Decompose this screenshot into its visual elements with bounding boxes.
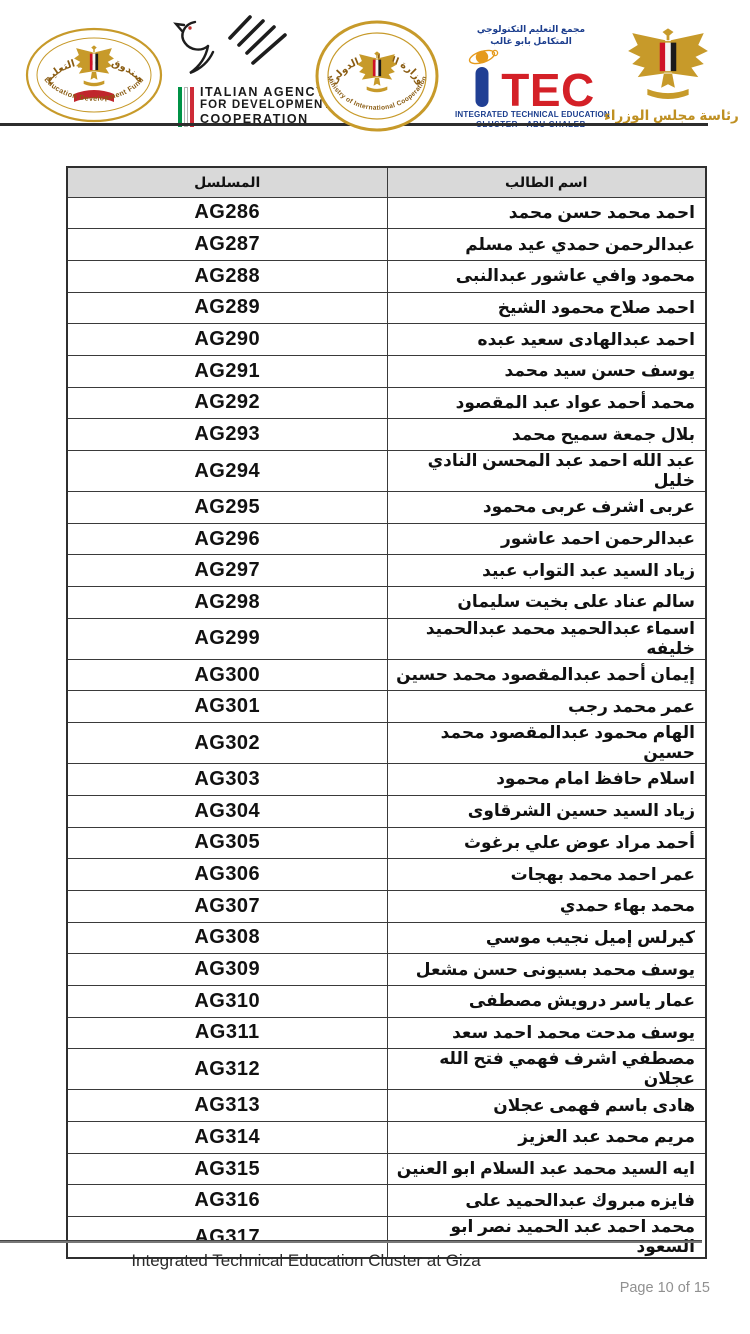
student-name-cell: محمد أحمد عواد عبد المقصود [387,387,706,419]
table-row: AG304 زياد السيد حسين الشرقاوى [67,795,706,827]
serial-cell: AG294 [67,451,387,492]
itec-arabic-line2: المتكامل بابو غالب [455,36,607,48]
table-row: AG297 زياد السيد عبد التواب عبيد [67,555,706,587]
student-name-cell: محمود وافي عاشور عبدالنبى [387,260,706,292]
student-name-cell: عربى اشرف عربى محمود [387,492,706,524]
table-row: AG294 عبد الله احمد عبد المحسن النادي خل… [67,451,706,492]
table-row: AG307 محمد بهاء حمدي [67,890,706,922]
serial-cell: AG300 [67,659,387,691]
itec-tec-letters: TEC [501,72,595,109]
student-name-cell: احمد صلاح محمود الشيخ [387,292,706,324]
table-row: AG296 عبدالرحمن احمد عاشور [67,523,706,555]
student-name-cell: سالم عناد على بخيت سليمان [387,587,706,619]
student-name-cell: مصطفي اشرف فهمي فتح الله عجلان [387,1049,706,1090]
italy-tricolor-icon [178,85,194,127]
student-name-cell: عمار ياسر درويش مصطفى [387,985,706,1017]
student-name-cell: يوسف مدحت محمد احمد سعد [387,1017,706,1049]
table-row: AG306 عمر احمد محمد بهجات [67,859,706,891]
table-row: AG310 عمار ياسر درويش مصطفى [67,985,706,1017]
student-name-cell: اسلام حافظ امام محمود [387,764,706,796]
serial-cell: AG289 [67,292,387,324]
footer-title: Integrated Technical Education Cluster a… [0,1251,612,1271]
student-name-cell: إيمان أحمد عبدالمقصود محمد حسين [387,659,706,691]
student-name-cell: الهام محمود عبدالمقصود محمد حسين [387,723,706,764]
itec-arabic-line1: مجمع التعليم التكنولوجي [455,24,607,36]
table-row: AG292 محمد أحمد عواد عبد المقصود [67,387,706,419]
serial-cell: AG302 [67,723,387,764]
aics-line1: ITALIAN AGENCY [200,85,332,99]
table-row: AG287 عبدالرحمن حمدي عيد مسلم [67,229,706,261]
serial-cell: AG288 [67,260,387,292]
serial-cell: AG292 [67,387,387,419]
table-row: AG315 ايه السيد محمد عبد السلام ابو العن… [67,1153,706,1185]
table-row: AG299 اسماء عبدالحميد محمد عبدالحميد خلي… [67,618,706,659]
cabinet-caption: رئاسة مجلس الوزراء [604,108,732,124]
serial-cell: AG301 [67,691,387,723]
student-name-cell: كيرلس إميل نجيب موسي [387,922,706,954]
student-name-cell: عبد الله احمد عبد المحسن النادي خليل [387,451,706,492]
student-name-cell: عبدالرحمن حمدي عيد مسلم [387,229,706,261]
cabinet-logo: رئاسة مجلس الوزراء [604,26,732,124]
table-row: AG291 يوسف حسن سيد محمد [67,355,706,387]
serial-cell: AG315 [67,1153,387,1185]
table-row: AG308 كيرلس إميل نجيب موسي [67,922,706,954]
student-name-cell: اسماء عبدالحميد محمد عبدالحميد خليفه [387,618,706,659]
serial-cell: AG299 [67,618,387,659]
serial-cell: AG314 [67,1122,387,1154]
itec-i-icon [467,48,501,108]
student-name-cell: زياد السيد حسين الشرقاوى [387,795,706,827]
table-header-row: المسلسل اسم الطالب [67,167,706,197]
table-row: AG313 هادى باسم فهمى عجلان [67,1090,706,1122]
serial-cell: AG316 [67,1185,387,1217]
aics-line2: FOR DEVELOPMENT [200,99,332,112]
student-name-cell: احمد عبدالهادى سعيد عبده [387,324,706,356]
student-table-body: AG286 احمد محمد حسن محمد AG287 عبدالرحمن… [67,197,706,1258]
serial-cell: AG293 [67,419,387,451]
serial-cell: AG291 [67,355,387,387]
footer-divider [0,1240,702,1243]
serial-column-header: المسلسل [67,167,387,197]
student-name-cell: زياد السيد عبد التواب عبيد [387,555,706,587]
serial-cell: AG287 [67,229,387,261]
edf-logo: صندوق تطوير التعليم Education Developmen… [24,26,164,129]
table-row: AG286 احمد محمد حسن محمد [67,197,706,229]
aics-logo: ITALIAN AGENCY FOR DEVELOPMENT COOPERATI… [168,12,316,127]
serial-cell: AG298 [67,587,387,619]
table-row: AG314 مريم محمد عبد العزيز [67,1122,706,1154]
student-name-cell: محمد بهاء حمدي [387,890,706,922]
table-row: AG288 محمود وافي عاشور عبدالنبى [67,260,706,292]
table-row: AG290 احمد عبدالهادى سعيد عبده [67,324,706,356]
serial-cell: AG307 [67,890,387,922]
table-row: AG293 بلال جمعة سميح محمد [67,419,706,451]
serial-cell: AG309 [67,954,387,986]
aics-dove-icon [168,12,316,78]
student-name-cell: فايزه مبروك عبدالحميد على [387,1185,706,1217]
edf-seal-icon: صندوق تطوير التعليم Education Developmen… [24,26,164,124]
student-name-column-header: اسم الطالب [387,167,706,197]
page-number: Page 10 of 15 [620,1280,710,1296]
table-row: AG300 إيمان أحمد عبدالمقصود محمد حسين [67,659,706,691]
cabinet-eagle-icon [624,26,712,102]
table-row: AG295 عربى اشرف عربى محمود [67,492,706,524]
student-name-cell: يوسف حسن سيد محمد [387,355,706,387]
serial-cell: AG313 [67,1090,387,1122]
table-row: AG289 احمد صلاح محمود الشيخ [67,292,706,324]
student-name-cell: هادى باسم فهمى عجلان [387,1090,706,1122]
table-row: AG311 يوسف مدحت محمد احمد سعد [67,1017,706,1049]
serial-cell: AG296 [67,523,387,555]
serial-cell: AG311 [67,1017,387,1049]
table-row: AG303 اسلام حافظ امام محمود [67,764,706,796]
itec-english-line1: INTEGRATED TECHNICAL EDUCATION [455,110,607,119]
itec-logo: مجمع التعليم التكنولوجي المتكامل بابو غا… [455,24,607,129]
moic-seal-icon: وزارة التعاون الدولى Ministry of Interna… [315,20,439,132]
student-name-cell: مريم محمد عبد العزيز [387,1122,706,1154]
table-row: AG316 فايزه مبروك عبدالحميد على [67,1185,706,1217]
student-name-cell: يوسف محمد بسيونى حسن مشعل [387,954,706,986]
table-row: AG301 عمر محمد رجب [67,691,706,723]
table-row: AG312 مصطفي اشرف فهمي فتح الله عجلان [67,1049,706,1090]
student-name-cell: احمد محمد حسن محمد [387,197,706,229]
serial-cell: AG290 [67,324,387,356]
serial-cell: AG310 [67,985,387,1017]
serial-cell: AG308 [67,922,387,954]
student-name-cell: عبدالرحمن احمد عاشور [387,523,706,555]
serial-cell: AG306 [67,859,387,891]
table-row: AG309 يوسف محمد بسيونى حسن مشعل [67,954,706,986]
moic-logo: وزارة التعاون الدولى Ministry of Interna… [315,20,439,137]
serial-cell: AG297 [67,555,387,587]
table-row: AG298 سالم عناد على بخيت سليمان [67,587,706,619]
serial-cell: AG295 [67,492,387,524]
student-table: المسلسل اسم الطالب AG286 احمد محمد حسن م… [66,166,707,1259]
student-name-cell: عمر محمد رجب [387,691,706,723]
table-row: AG305 أحمد مراد عوض علي برغوث [67,827,706,859]
serial-cell: AG312 [67,1049,387,1090]
student-name-cell: أحمد مراد عوض علي برغوث [387,827,706,859]
serial-cell: AG286 [67,197,387,229]
student-name-cell: بلال جمعة سميح محمد [387,419,706,451]
serial-cell: AG303 [67,764,387,796]
student-name-cell: عمر احمد محمد بهجات [387,859,706,891]
table-row: AG302 الهام محمود عبدالمقصود محمد حسين [67,723,706,764]
serial-cell: AG304 [67,795,387,827]
student-name-cell: ايه السيد محمد عبد السلام ابو العنين [387,1153,706,1185]
serial-cell: AG305 [67,827,387,859]
